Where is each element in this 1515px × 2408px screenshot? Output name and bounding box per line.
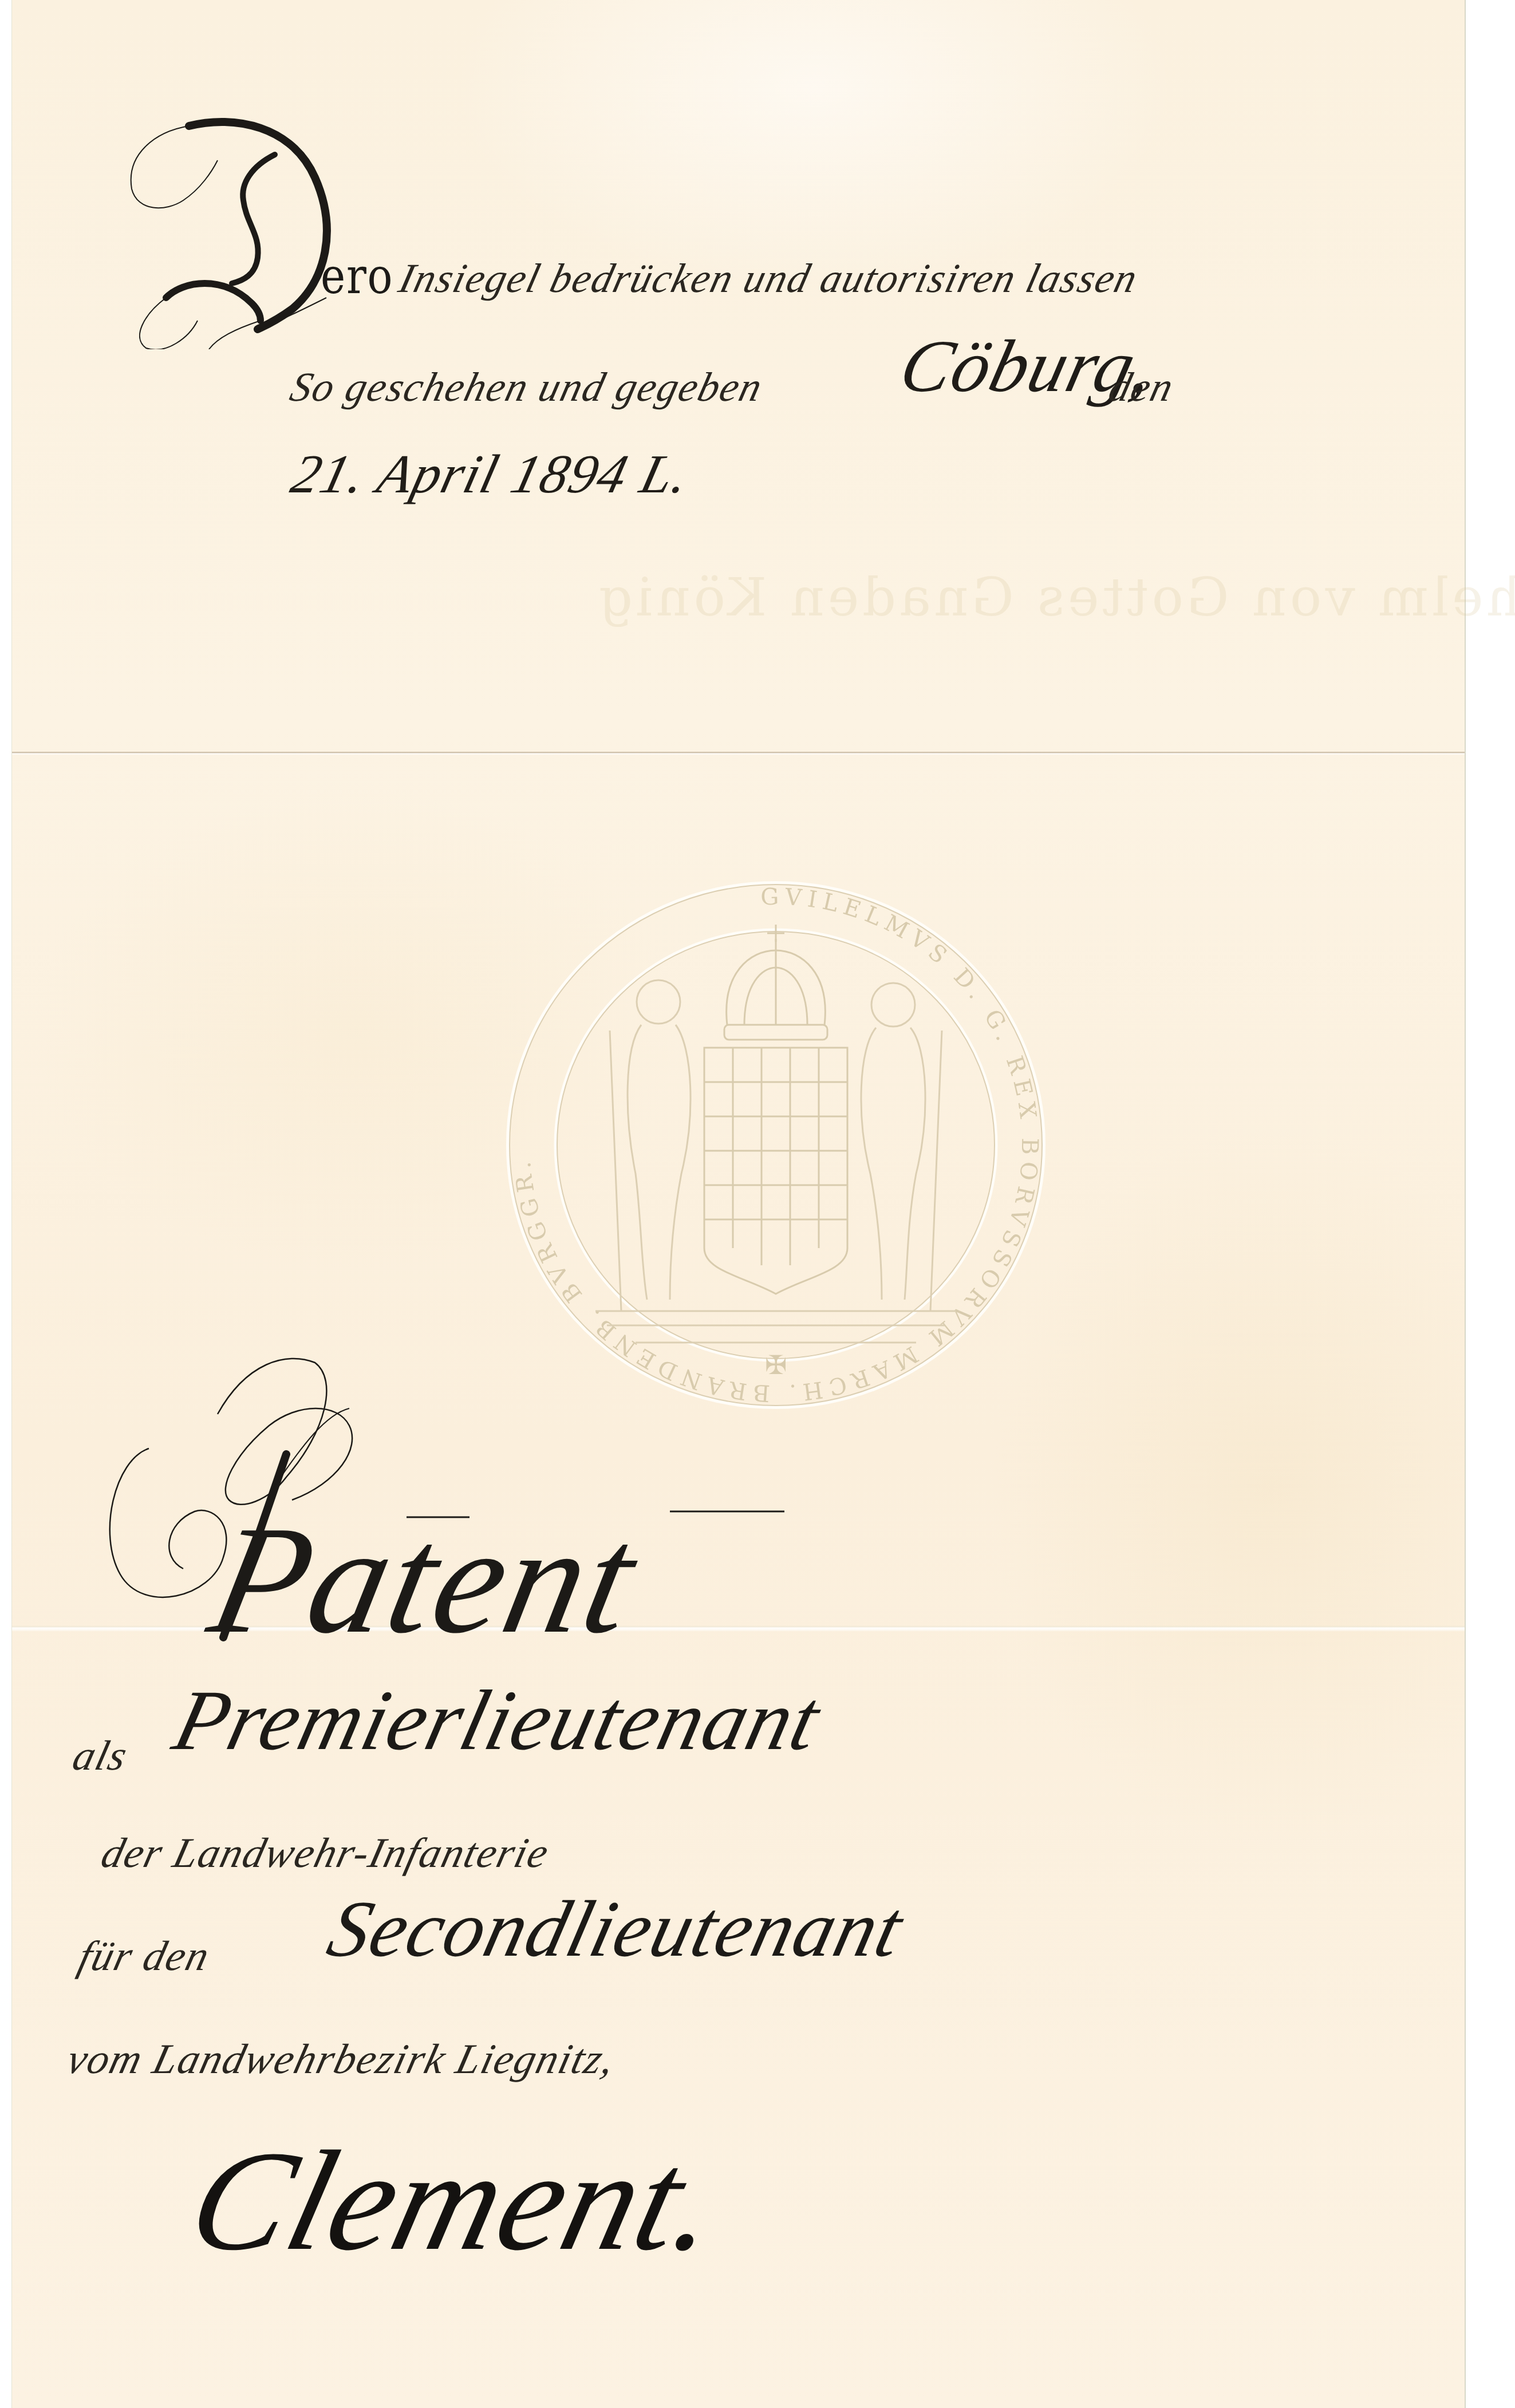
- opening-line-2: So geschehen und gegeben: [286, 366, 767, 408]
- rank-secondlieutenant: Secondlieutenant: [321, 1889, 911, 1969]
- shield-icon: [704, 1048, 847, 1294]
- den-word: den: [1105, 366, 1178, 408]
- recipient-name: Clement.: [177, 2130, 735, 2273]
- supporters-icon: [610, 980, 942, 1311]
- issue-date: 21. April 1894 L.: [286, 447, 696, 502]
- fold-line-upper: [12, 752, 1465, 755]
- show-through-text: Gesetz: Wilhelm von Gottes Gnaden König: [595, 567, 1515, 628]
- district-liegnitz: vom Landwehrbezirk Liegnitz,: [63, 2038, 620, 2081]
- dero-text: ero: [321, 252, 393, 301]
- crown-icon: [724, 925, 827, 1040]
- rank-premierlieutenant: Premierlieutenant: [166, 1677, 828, 1763]
- opening-line-1: Insiegel bedrücken und autorisiren lasse…: [395, 258, 1142, 299]
- als-word: als: [69, 1735, 132, 1777]
- fuer-den-words: für den: [74, 1935, 214, 1977]
- unit-landwehr-infanterie: der Landwehr-Infanterie: [97, 1832, 554, 1874]
- ornamental-initial-d: [120, 109, 349, 349]
- patent-title: Patent: [97, 1328, 813, 1649]
